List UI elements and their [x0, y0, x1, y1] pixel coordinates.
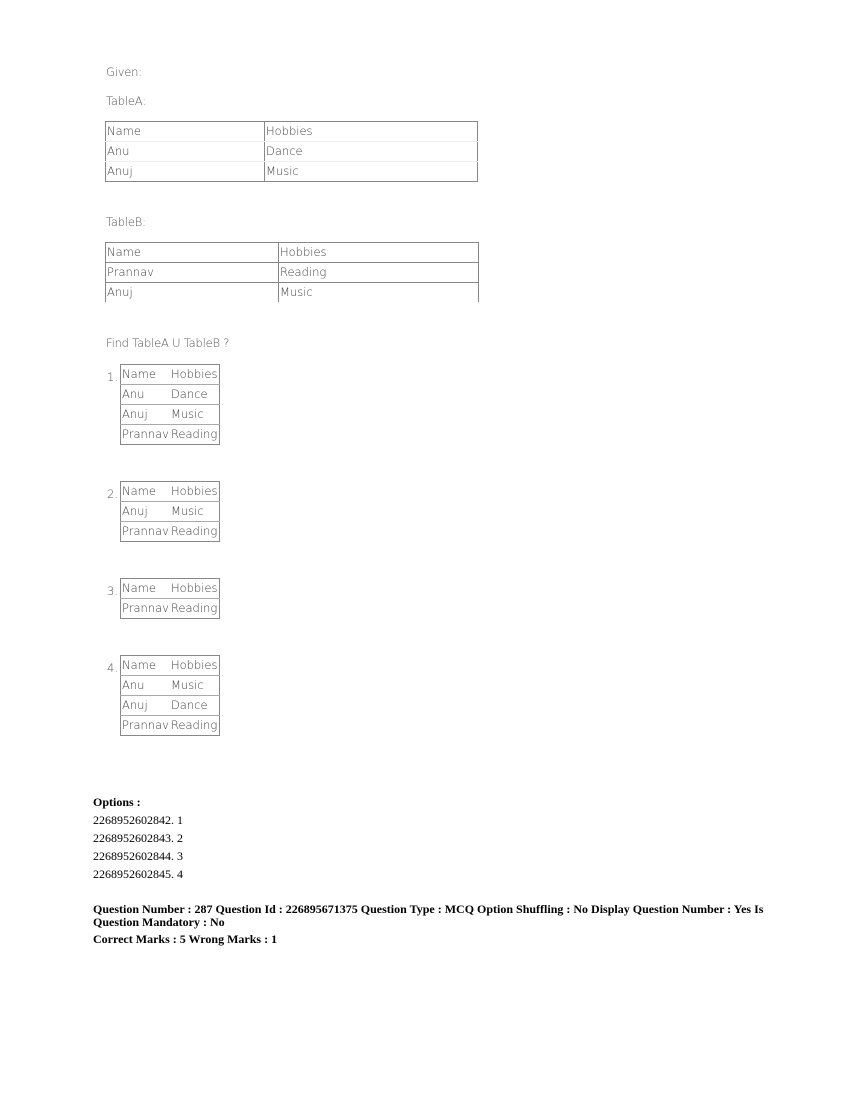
table-header-cell: Hobbies [170, 365, 219, 385]
question-prompt: Find TableA U TableB ? [106, 336, 229, 350]
meta-line-2: Question Mandatory : No [93, 916, 793, 929]
table-row: AnuMusic [121, 676, 220, 696]
question-meta: Question Number : 287 Question Id : 2268… [93, 903, 793, 946]
table-header-cell: Name [121, 656, 170, 676]
table-header-cell: Name [106, 122, 265, 142]
choice-number: 2. [107, 487, 118, 501]
choice-table: NameHobbies AnuDance AnujMusic PrannavRe… [120, 364, 220, 445]
choice-number: 1. [107, 370, 118, 384]
table-cell: Prannav [121, 425, 170, 445]
table-row: Anu Dance [106, 142, 478, 162]
choice-table: NameHobbies AnujMusic PrannavReading [120, 481, 220, 542]
table-header-cell: Name [121, 482, 170, 502]
table-cell: Dance [170, 385, 219, 405]
tableA: Name Hobbies Anu Dance Anuj Music [105, 121, 478, 182]
choice-table: NameHobbies PrannavReading [120, 578, 220, 619]
table-cell: Anuj [106, 283, 279, 303]
table-row: NameHobbies [121, 656, 220, 676]
table-row: PrannavReading [121, 522, 220, 542]
table-row: NameHobbies [121, 365, 220, 385]
table-cell: Prannav [106, 263, 279, 283]
table-header-cell: Name [121, 579, 170, 599]
table-cell: Reading [170, 716, 219, 736]
table-row: PrannavReading [121, 599, 220, 619]
tableB: Name Hobbies Prannav Reading Anuj Music [105, 242, 479, 302]
table-cell: Anu [121, 676, 170, 696]
table-cell: Prannav [121, 522, 170, 542]
table-header-cell: Hobbies [170, 656, 219, 676]
tableB-label: TableB: [106, 215, 146, 229]
table-row: Name Hobbies [106, 243, 479, 263]
tableA-label: TableA: [106, 94, 146, 108]
table-cell: Music [170, 405, 219, 425]
choice-table: NameHobbies AnuMusic AnujDance PrannavRe… [120, 655, 220, 736]
table-row: NameHobbies [121, 579, 220, 599]
table-cell: Music [265, 162, 478, 182]
option-item: 2268952602844. 3 [93, 847, 183, 865]
table-cell: Music [170, 502, 219, 522]
table-row: Anuj Music [106, 283, 479, 303]
table-cell: Prannav [121, 716, 170, 736]
table-header-cell: Hobbies [170, 579, 219, 599]
table-header-cell: Name [106, 243, 279, 263]
table-cell: Prannav [121, 599, 170, 619]
table-cell: Anu [106, 142, 265, 162]
choice-number: 4. [107, 661, 118, 675]
table-cell: Anuj [121, 405, 170, 425]
table-header-cell: Name [121, 365, 170, 385]
table-row: Anuj Music [106, 162, 478, 182]
options-title: Options : [93, 793, 183, 811]
option-item: 2268952602845. 4 [93, 865, 183, 883]
meta-line-3: Correct Marks : 5 Wrong Marks : 1 [93, 933, 793, 946]
option-item: 2268952602843. 2 [93, 829, 183, 847]
table-cell: Anuj [121, 696, 170, 716]
table-row: Name Hobbies [106, 122, 478, 142]
table-row: NameHobbies [121, 482, 220, 502]
table-row: PrannavReading [121, 425, 220, 445]
table-row: Prannav Reading [106, 263, 479, 283]
table-header-cell: Hobbies [279, 243, 479, 263]
table-row: AnujDance [121, 696, 220, 716]
table-cell: Anuj [121, 502, 170, 522]
table-row: PrannavReading [121, 716, 220, 736]
table-cell: Reading [279, 263, 479, 283]
table-cell: Dance [170, 696, 219, 716]
option-item: 2268952602842. 1 [93, 811, 183, 829]
table-header-cell: Hobbies [265, 122, 478, 142]
table-cell: Anuj [106, 162, 265, 182]
options-section: Options : 2268952602842. 1 2268952602843… [93, 793, 183, 883]
table-cell: Reading [170, 425, 219, 445]
table-cell: Anu [121, 385, 170, 405]
given-label: Given: [106, 65, 142, 79]
table-cell: Music [279, 283, 479, 303]
table-cell: Reading [170, 522, 219, 542]
table-cell: Music [170, 676, 219, 696]
table-header-cell: Hobbies [170, 482, 219, 502]
table-row: AnujMusic [121, 405, 220, 425]
table-cell: Dance [265, 142, 478, 162]
table-cell: Reading [170, 599, 219, 619]
choice-number: 3. [107, 584, 118, 598]
table-row: AnujMusic [121, 502, 220, 522]
table-row: AnuDance [121, 385, 220, 405]
